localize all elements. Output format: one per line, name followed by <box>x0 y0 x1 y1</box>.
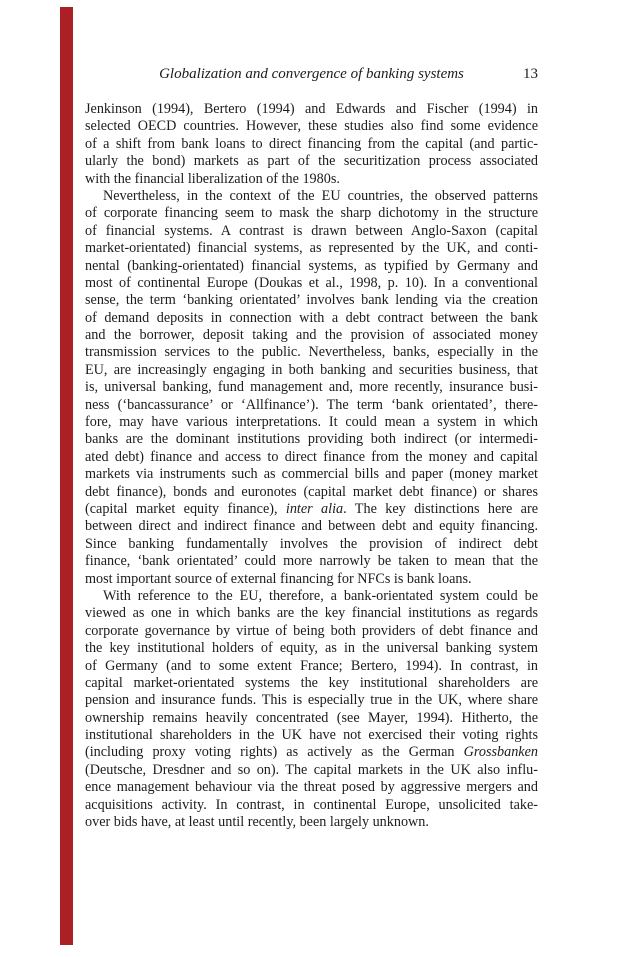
text-line: transmission services to the public. Nev… <box>85 344 538 361</box>
text-line: debt finance), bonds and euronotes (capi… <box>85 484 538 501</box>
body-text: Jenkinson (1994), Bertero (1994) and Edw… <box>85 101 538 831</box>
text-line: Since banking fundamentally involves the… <box>85 536 538 553</box>
text-line: markets via instruments such as commerci… <box>85 466 538 483</box>
paragraph: Nevertheless, in the context of the EU c… <box>85 188 538 588</box>
text-line: ated debt) finance and access to direct … <box>85 449 538 466</box>
text-line: of Germany (and to some extent France; B… <box>85 658 538 675</box>
text-line: of demand deposits in connection with a … <box>85 310 538 327</box>
text-line: of a shift from bank loans to direct fin… <box>85 136 538 153</box>
text-line: is, universal banking, fund management a… <box>85 379 538 396</box>
text-line: over bids have, at least until recently,… <box>85 814 538 831</box>
text-line: most important source of external financ… <box>85 571 538 588</box>
text-line: most of continental Europe (Doukas et al… <box>85 275 538 292</box>
paragraph: With reference to the EU, therefore, a b… <box>85 588 538 831</box>
text-line: Jenkinson (1994), Bertero (1994) and Edw… <box>85 101 538 118</box>
text-line: of corporate financing seem to mask the … <box>85 205 538 222</box>
text-line: between direct and indirect finance and … <box>85 518 538 535</box>
page-number: 13 <box>523 66 538 83</box>
text-line: the key institutional holders of equity,… <box>85 640 538 657</box>
text-line: fore, may have various interpretations. … <box>85 414 538 431</box>
scanned-book-page: { "document": { "header": { "running_tit… <box>0 0 638 957</box>
text-line: (including proxy voting rights) as activ… <box>85 744 538 761</box>
red-spine-edge-bar <box>60 7 73 945</box>
text-line: (capital market equity finance), inter a… <box>85 501 538 518</box>
text-line: selected OECD countries. However, these … <box>85 118 538 135</box>
text-line: With reference to the EU, therefore, a b… <box>85 588 538 605</box>
text-line: nental (banking-orientated) financial sy… <box>85 258 538 275</box>
running-header: Globalization and convergence of banking… <box>85 66 538 86</box>
text-line: Nevertheless, in the context of the EU c… <box>85 188 538 205</box>
running-title: Globalization and convergence of banking… <box>85 66 538 83</box>
text-line: (Deutsche, Dresdner and so on). The capi… <box>85 762 538 779</box>
text-line: ownership remains heavily concentrated (… <box>85 710 538 727</box>
paragraph: Jenkinson (1994), Bertero (1994) and Edw… <box>85 101 538 188</box>
text-line: viewed as one in which banks are the key… <box>85 605 538 622</box>
text-line: EU, are increasingly engaging in both ba… <box>85 362 538 379</box>
text-line: with the financial liberalization of the… <box>85 171 538 188</box>
text-line: sense, the term ‘banking orientated’ inv… <box>85 292 538 309</box>
text-line: of financial systems. A contrast is draw… <box>85 223 538 240</box>
text-line: ness (‘bancassurance’ or ‘Allfinance’). … <box>85 397 538 414</box>
text-line: pension and insurance funds. This is esp… <box>85 692 538 709</box>
text-line: banks are the dominant institutions prov… <box>85 431 538 448</box>
text-line: capital market-orientated systems the ke… <box>85 675 538 692</box>
text-line: finance, ‘bank orientated’ could more na… <box>85 553 538 570</box>
text-line: and the borrower, deposit taking and the… <box>85 327 538 344</box>
text-line: acquisitions activity. In contrast, in c… <box>85 797 538 814</box>
text-line: institutional shareholders in the UK hav… <box>85 727 538 744</box>
text-line: ularly the bond) markets as part of the … <box>85 153 538 170</box>
text-line: ence management behaviour via the threat… <box>85 779 538 796</box>
text-line: corporate governance by virtue of being … <box>85 623 538 640</box>
text-line: market-orientated) financial systems, as… <box>85 240 538 257</box>
